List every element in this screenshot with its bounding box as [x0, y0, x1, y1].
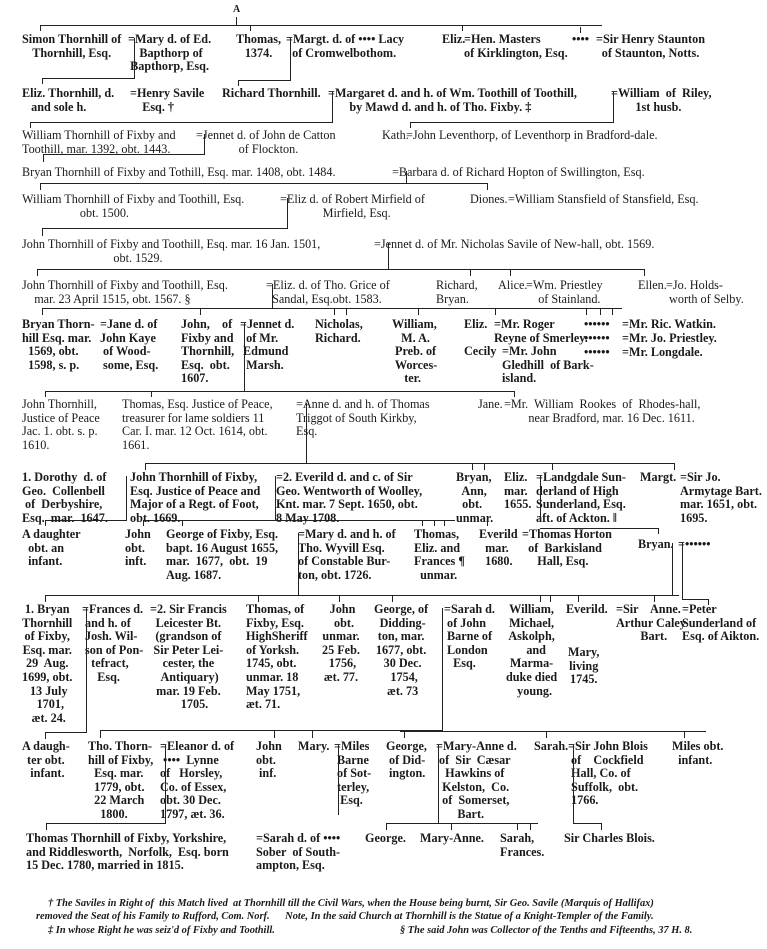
connector — [573, 745, 574, 823]
connector — [550, 595, 551, 602]
person-john-thornhill-1501: John Thornhill of Fixby and Toothill, Es… — [22, 238, 320, 265]
person-unnamed-1: •••• — [572, 33, 589, 47]
spouse-peter-sunderland: =Peter Sunderland of Esq. of Aikton. — [682, 603, 759, 644]
connector — [42, 308, 43, 315]
spouse-william-stansfield: =William Stansfield of Stansfield, Esq. — [508, 193, 699, 207]
spouse-sarah-sober: =Sarah d. of •••• Sober of South- ampton… — [256, 832, 340, 873]
person-john-thornhill-1669: John Thornhill of Fixby, Esq. Justice of… — [130, 471, 260, 525]
connector — [42, 228, 43, 236]
connector — [404, 731, 405, 738]
footnote-rufford: removed the Seat of his Family to Ruffor… — [36, 910, 654, 923]
spouse-longdale: =Mr. Longdale. — [622, 346, 703, 360]
person-john-obt-inf: John obt. inf. — [256, 740, 282, 781]
connector — [578, 595, 579, 602]
connector — [43, 154, 44, 162]
connector — [462, 25, 463, 31]
person-john-thornhill-1610: John Thornhill, Justice of Peace Jac. 1.… — [22, 398, 100, 452]
person-thomas-justice: Thomas, Esq. Justice of Peace, treasurer… — [122, 398, 273, 452]
connector — [438, 745, 439, 823]
connector — [586, 308, 587, 315]
person-eliz-reyne: Eliz. — [464, 318, 487, 332]
spouse-hen-masters: =Hen. Masters of Kirklington, Esq. — [464, 33, 568, 60]
person-george: George. — [365, 832, 406, 846]
connector — [654, 595, 655, 602]
connector — [540, 595, 541, 602]
connector — [182, 520, 183, 526]
connector — [46, 823, 166, 824]
connector — [42, 78, 135, 79]
connector — [422, 520, 423, 526]
connector — [134, 38, 135, 78]
connector — [472, 463, 473, 470]
person-george-of-diddington: George, of Didding- ton, mar. 1677, obt.… — [374, 603, 428, 698]
person-mary-1745: Mary, living 1745. — [568, 646, 599, 687]
spouse-francis-leicester: =2. Sir Francis Leicester Bt. (grandson … — [150, 603, 227, 712]
connector — [517, 823, 518, 830]
connector — [388, 243, 389, 269]
spouse-dorothy-collenbell: 1. Dorothy d. of Geo. Collenbell of Derb… — [22, 471, 108, 525]
connector — [612, 308, 613, 315]
connector — [332, 92, 333, 122]
connector — [258, 595, 259, 602]
person-mary-barne: Mary. — [298, 740, 329, 754]
spouse-mary-bapthorp: =Mary d. of Ed. Bapthorp of Bapthorp, Es… — [128, 33, 211, 74]
connector — [682, 543, 683, 599]
connector — [600, 308, 601, 315]
spouse-jo-holdsworth: =Jo. Holds- worth of Selby. — [666, 279, 744, 306]
person-miles-infant: Miles obt. infant. — [672, 740, 723, 767]
person-mary-anne: Mary-Anne. — [420, 832, 484, 846]
person-unnamed-2: •••••• — [584, 318, 610, 332]
connector — [299, 595, 679, 596]
person-cecily: Cecily — [464, 345, 497, 359]
person-bryan-thornhill-1569: Bryan Thorn- hill Esq. mar. 1569, obt. 1… — [22, 318, 95, 372]
connector — [42, 78, 43, 84]
connector — [40, 183, 41, 190]
footnote-tenths-fifteenths: § The said John was Collector of the Ten… — [400, 924, 692, 937]
person-diones: Diones. — [470, 193, 508, 207]
connector — [684, 731, 685, 738]
spouse-eleanor-lynne: =Eleanor d. of •••• Lynne of Horsley, Co… — [160, 740, 234, 822]
person-ellen: Ellen. — [638, 279, 667, 293]
connector — [552, 463, 553, 470]
connector — [346, 308, 347, 315]
connector — [674, 463, 675, 470]
connector — [334, 308, 335, 315]
spouse-william-of-riley: =William of Riley, 1st husb. — [611, 87, 712, 114]
connector — [434, 520, 435, 526]
connector — [540, 476, 541, 520]
person-unnamed-3: •••••• — [584, 332, 610, 346]
person-jane: Jane. — [478, 398, 503, 412]
spouse-eliz-mirfield: =Eliz d. of Robert Mirfield of Mirfield,… — [280, 193, 425, 220]
chart-marker-a: A — [233, 3, 240, 17]
person-tho-thornhill-1779: Tho. Thorn- hill of Fixby, Esq. mar. 177… — [88, 740, 153, 822]
spouse-sarah-barne: =Sarah d. of John Barne of London Esq. — [444, 603, 495, 671]
connector — [312, 730, 313, 738]
connector — [126, 476, 127, 520]
connector — [386, 823, 387, 830]
person-john-of-fixby-1607: John, of Fixby and Thornhill, Esq. obt. … — [181, 318, 234, 386]
connector — [406, 171, 407, 183]
connector — [573, 823, 601, 824]
person-sarah-frances: Sarah, Frances. — [500, 832, 544, 859]
person-george-of-didington: George, of Did- ington. — [386, 740, 427, 781]
person-daughter-infant-2: A daugh- ter obt. infant. — [22, 740, 70, 781]
connector — [444, 520, 445, 526]
connector — [100, 730, 101, 738]
connector — [386, 823, 538, 824]
connector — [45, 520, 127, 521]
connector — [530, 823, 531, 830]
spouse-mary-wyvill: =Mary d. and h. of Tho. Wyvill Esq. of C… — [298, 528, 396, 582]
connector — [40, 183, 488, 184]
connector — [418, 308, 419, 315]
connector — [45, 595, 46, 602]
connector — [442, 608, 443, 732]
connector — [244, 323, 245, 391]
connector — [546, 731, 547, 738]
connector — [400, 731, 706, 732]
spouse-jennet-marsh: =Jennet d. of Mr. Edmund Marsh. — [240, 318, 294, 372]
person-thomas-1374: Thomas, 1374. — [236, 33, 281, 60]
connector — [275, 476, 276, 520]
person-william-thornhill-1500: William Thornhill of Fixby and Toothill,… — [22, 193, 244, 220]
person-george-of-fixby: George of Fixby, Esq. bapt. 16 August 16… — [166, 528, 278, 582]
person-william-ma: William, M. A. Preb. of Worces- ter. — [392, 318, 437, 386]
connector — [410, 122, 614, 123]
connector — [487, 183, 488, 190]
spouse-eliz-grice: =Eliz. d. of Tho. Grice of Sandal, Esq.o… — [266, 279, 390, 306]
connector — [274, 730, 275, 738]
spouse-frances-wilson: =Frances d. and h. of Josh. Wil- son of … — [82, 603, 143, 685]
person-daughter-infant-1: A daughter obt. an infant. — [22, 528, 81, 569]
connector — [272, 284, 273, 308]
person-charles-blois: Sir Charles Blois. — [564, 832, 655, 846]
connector — [484, 463, 485, 470]
spouse-jo-armytage: =Sir Jo. Armytage Bart. mar. 1651, obt. … — [680, 471, 762, 525]
spouse-wm-priestley: =Wm. Priestley of Stainland. — [526, 279, 603, 306]
person-kath: Kath. — [382, 129, 409, 143]
person-alice: Alice. — [498, 279, 527, 293]
person-thomas-high-sheriff: Thomas, of Fixby, Esq. HighSheriff of Yo… — [246, 603, 308, 712]
connector — [37, 269, 645, 270]
person-richard-thornhill: Richard Thornhill. — [222, 87, 321, 101]
connector — [392, 595, 393, 602]
connector — [287, 198, 288, 228]
connector — [601, 823, 602, 830]
connector — [204, 134, 205, 154]
connector — [145, 463, 675, 464]
spouse-john-gledhill: =Mr. John Gledhill of Bark- island. — [502, 345, 594, 386]
connector — [37, 269, 38, 276]
connector — [682, 599, 708, 600]
spouse-jennet-savile: =Jennet d. of Mr. Nicholas Savile of New… — [374, 238, 654, 252]
connector — [470, 269, 471, 276]
spouse-landgdale-sunderland: =Landgdale Sun- derland of High Sunderla… — [536, 471, 626, 525]
spouse-miles-barne: =Miles Barne of Sot- terley, Esq. — [334, 740, 371, 808]
spouse-roger-reyne: =Mr. Roger Reyne of Smerley. — [494, 318, 588, 345]
person-eliz-thornhill: Eliz. Thornhill, d. and sole h. — [22, 87, 114, 114]
person-bryan-ann: Bryan, Ann, obt. unmar. — [456, 471, 493, 525]
spouse-margt-lacy: =Margt. d. of •••• Lacy of Cromwelbothom… — [286, 33, 404, 60]
connector — [644, 269, 645, 276]
spouse-margaret-toothill: =Margaret d. and h. of Wm. Toothill of T… — [328, 87, 577, 114]
person-everild-caley: Everild. — [566, 603, 608, 617]
person-bryan-thornhill-1408: Bryan Thornhill of Fixby and Tothill, Es… — [22, 166, 336, 180]
connector — [613, 92, 614, 122]
connector — [42, 308, 622, 309]
person-william-michael-askolph: William, Michael, Askolph, and Marma- du… — [506, 603, 557, 698]
person-unnamed-4: •••••• — [584, 346, 610, 360]
connector — [236, 17, 237, 25]
connector — [672, 543, 673, 595]
person-thomas-thornhill-1780: Thomas Thornhill of Fixby, Yorkshire, an… — [26, 832, 229, 873]
connector — [40, 25, 200, 26]
connector — [250, 25, 251, 31]
connector — [238, 80, 291, 81]
connector — [100, 730, 315, 731]
person-eliz: Eliz. — [442, 33, 465, 47]
connector — [495, 308, 496, 315]
connector — [86, 608, 87, 732]
connector — [451, 823, 452, 830]
connector — [45, 732, 46, 739]
spouse-barbara-hopton: =Barbara d. of Richard Hopton of Swillin… — [392, 166, 645, 180]
person-bryan-unnamed: Bryan. — [638, 538, 674, 552]
spouse-henry-staunton: =Sir Henry Staunton of Staunton, Notts. — [596, 33, 705, 60]
connector — [45, 595, 299, 596]
connector — [200, 308, 201, 315]
connector — [45, 391, 515, 392]
person-john-unmar-1756: John obt. unmar. 25 Feb. 1756, æt. 77. — [322, 603, 360, 685]
spouse-jennet-catton: =Jennet d. of John de Catton of Flockton… — [196, 129, 336, 156]
footnote-saviles: † The Saviles in Right of this Match liv… — [48, 897, 654, 910]
person-bryan-thornhill-1699: 1. Bryan Thornhill of Fixby, Esq. mar. 2… — [22, 603, 72, 725]
spouse-anne-triggot: =Anne d. and h. of Thomas Triggot of Sou… — [296, 398, 430, 439]
connector — [338, 745, 339, 815]
person-john-inft: John obt. inft. — [125, 528, 151, 569]
person-thomas-eliz-frances: Thomas, Eliz. and Frances ¶ unmar. — [414, 528, 465, 582]
connector — [510, 269, 511, 276]
connector — [45, 732, 87, 733]
spouse-william-rookes: =Mr. William Rookes of Rhodes-hall, near… — [504, 398, 700, 425]
connector — [45, 520, 46, 526]
spouse-john-leventhorp: =John Leventhorp, of Leventhorp in Bradf… — [406, 129, 658, 143]
connector — [290, 38, 291, 80]
connector — [200, 25, 602, 26]
spouse-henry-savile: =Henry Savile Esq. † — [130, 87, 204, 114]
connector — [145, 463, 146, 470]
person-william-thornhill-1392: William Thornhill of Fixby and Toothill,… — [22, 129, 176, 156]
spouse-john-blois: =Sir John Blois of Cockfield Hall, Co. o… — [568, 740, 648, 808]
connector — [40, 25, 41, 31]
connector — [143, 520, 455, 521]
spouse-thomas-horton: =Thomas Horton of Barkisland Hall, Esq. — [522, 528, 612, 569]
connector — [165, 745, 166, 823]
spouse-jo-priestley: =Mr. Jo. Priestley. — [622, 332, 717, 346]
connector — [339, 595, 340, 602]
person-simon-thornhill: Simon Thornhill of Thornhill, Esq. — [22, 33, 121, 60]
connector — [487, 520, 488, 526]
person-nicholas-richard: Nicholas, Richard. — [315, 318, 363, 345]
person-everild-horton: Everild mar. 1680. — [479, 528, 518, 569]
person-margt-armytage: Margt. — [640, 471, 676, 485]
spouse-ric-watkin: =Mr. Ric. Watkin. — [622, 318, 716, 332]
person-anne-sunderland: Anne. — [650, 603, 681, 617]
spouse-jane-kaye: =Jane d. of John Kaye of Wood- some, Esq… — [100, 318, 158, 372]
spouse-everild-wentworth: =2. Everild d. and c. of Sir Geo. Wentwo… — [276, 471, 422, 525]
person-eliz-sunderland: Eliz. mar. 1655. — [504, 471, 531, 512]
connector — [143, 520, 144, 526]
connector — [306, 403, 307, 463]
connector — [43, 154, 205, 155]
spouse-mary-anne-hawkins: =Mary-Anne d. of Sir Cæsar Hawkins of Ke… — [436, 740, 517, 822]
person-richard-bryan: Richard, Bryan. — [436, 279, 478, 306]
person-sarah-blois: Sarah. — [534, 740, 568, 754]
person-john-thornhill-1515: John Thornhill of Fixby and Toothill, Es… — [22, 279, 228, 306]
connector — [30, 122, 333, 123]
connector — [658, 528, 659, 534]
connector — [298, 533, 299, 595]
footnote-fixby-toothill: ‡ In whose Right he was seiz'd of Fixby … — [48, 924, 275, 937]
connector — [42, 228, 288, 229]
connector — [46, 823, 47, 830]
